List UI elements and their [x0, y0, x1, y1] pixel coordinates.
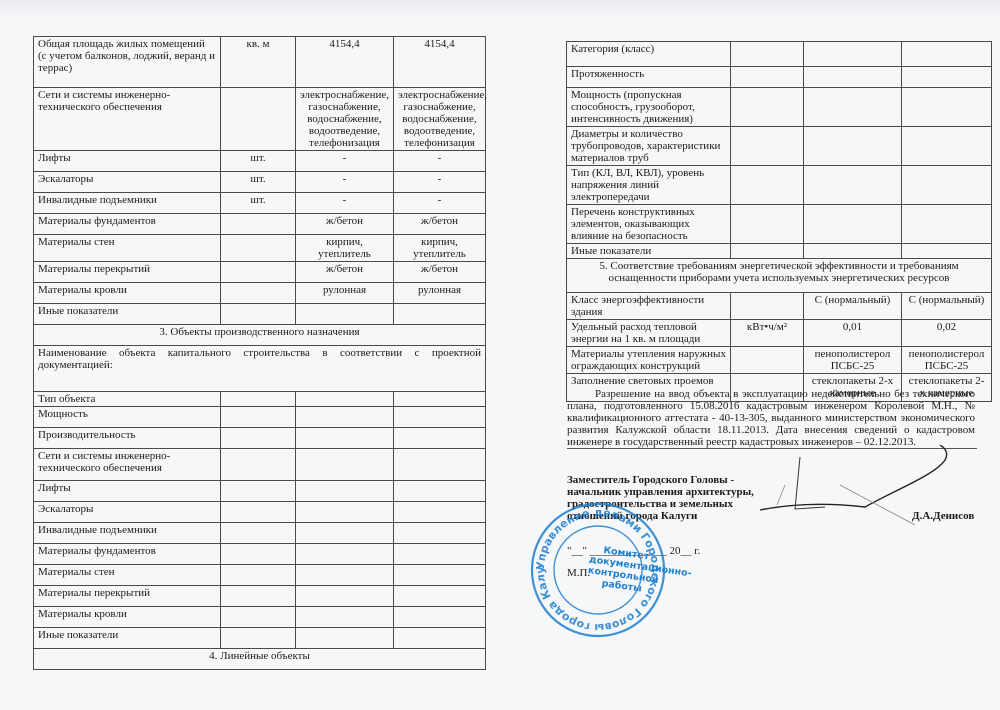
row-plan-value: [296, 607, 394, 628]
row-label: Инвалидные подъемники: [34, 193, 221, 214]
row-unit: шт.: [221, 172, 296, 193]
row-fact-value: -: [394, 151, 486, 172]
row-unit: [221, 481, 296, 502]
row-unit: [731, 127, 804, 166]
row-label: Протяженность: [567, 67, 731, 88]
section-3-title: 3. Объекты производственного назначения: [34, 325, 486, 346]
row-label: Материалы кровли: [34, 607, 221, 628]
table-row: Категория (класс): [567, 42, 992, 67]
row-label: Материалы фундаментов: [34, 214, 221, 235]
row-plan-value: [296, 449, 394, 481]
row-fact-value: [394, 523, 486, 544]
row-label: Лифты: [34, 481, 221, 502]
row-label: Лифты: [34, 151, 221, 172]
row-plan-value: [804, 88, 902, 127]
table-row: Лифты: [34, 481, 486, 502]
row-unit: [221, 283, 296, 304]
row-plan-value: ж/бетон: [296, 262, 394, 283]
row-fact-value: [394, 586, 486, 607]
row-fact-value: С (нормальный): [902, 293, 992, 320]
scan-edge: [0, 0, 1000, 18]
row-fact-value: [902, 166, 992, 205]
row-unit: [221, 428, 296, 449]
section-4-title: 4. Линейные объекты: [34, 649, 486, 670]
row-plan-value: 0,01: [804, 320, 902, 347]
table-row: Материалы перекрытийж/бетонж/бетон: [34, 262, 486, 283]
row-unit: [221, 628, 296, 649]
row-fact-value: -: [394, 193, 486, 214]
row-fact-value: пенополистерол ПСБС-25: [902, 347, 992, 374]
row-unit: [221, 502, 296, 523]
row-label: Инвалидные подъемники: [34, 523, 221, 544]
row-fact-value: рулонная: [394, 283, 486, 304]
row-plan-value: -: [296, 172, 394, 193]
row-label: Категория (класс): [567, 42, 731, 67]
row-plan-value: [804, 127, 902, 166]
row-fact-value: 0,02: [902, 320, 992, 347]
table-row: Мощность: [34, 407, 486, 428]
table-row: Иные показатели: [567, 244, 992, 259]
table-row: Инвалидные подъемникишт.--: [34, 193, 486, 214]
row-fact-value: [394, 392, 486, 407]
row-label: Иные показатели: [34, 628, 221, 649]
row-unit: [731, 67, 804, 88]
row-fact-value: [394, 304, 486, 325]
row-unit: [221, 392, 296, 407]
row-fact-value: [394, 407, 486, 428]
row-unit: [221, 407, 296, 428]
row-label: Материалы стен: [34, 235, 221, 262]
row-plan-value: [804, 205, 902, 244]
row-unit: шт.: [221, 193, 296, 214]
table-row: Материалы перекрытий: [34, 586, 486, 607]
row-plan-value: [296, 544, 394, 565]
row-label: Общая площадь жилых помещений (с учетом …: [34, 37, 221, 88]
row-fact-value: [902, 67, 992, 88]
row-label: Мощность (пропускная способность, грузоо…: [567, 88, 731, 127]
row-unit: шт.: [221, 151, 296, 172]
row-label: Тип объекта: [34, 392, 221, 407]
row-plan-value: [296, 481, 394, 502]
row-label: Класс энергоэффективности здания: [567, 293, 731, 320]
table-row: Эскалаторышт.--: [34, 172, 486, 193]
row-fact-value: [902, 88, 992, 127]
table-row: Материалы утепления наружных ограждающих…: [567, 347, 992, 374]
row-unit: [221, 235, 296, 262]
table-row: Материалы фундаментов: [34, 544, 486, 565]
row-fact-value: [394, 544, 486, 565]
row-unit: [731, 293, 804, 320]
row-unit: [221, 565, 296, 586]
table-row: Тип объекта: [34, 392, 486, 407]
table-row: Материалы стен: [34, 565, 486, 586]
right-indicators-table: Категория (класс)ПротяженностьМощность (…: [566, 41, 992, 402]
row-label: Мощность: [34, 407, 221, 428]
row-fact-value: ж/бетон: [394, 214, 486, 235]
row-plan-value: [296, 502, 394, 523]
row-unit: [731, 88, 804, 127]
row-plan-value: [296, 628, 394, 649]
row-plan-value: [804, 67, 902, 88]
row-plan-value: С (нормальный): [804, 293, 902, 320]
table-row: Общая площадь жилых помещений (с учетом …: [34, 37, 486, 88]
row-label: Эскалаторы: [34, 502, 221, 523]
row-plan-value: [296, 586, 394, 607]
row-plan-value: -: [296, 151, 394, 172]
row-plan-value: [804, 244, 902, 259]
row-fact-value: 4154,4: [394, 37, 486, 88]
table-row: Производительность: [34, 428, 486, 449]
row-fact-value: [902, 244, 992, 259]
row-label: Материалы перекрытий: [34, 586, 221, 607]
row-label: Диаметры и количество трубопроводов, хар…: [567, 127, 731, 166]
table-row: Класс энергоэффективности зданияС (норма…: [567, 293, 992, 320]
row-fact-value: электроснабжение, газоснабжение, водосна…: [394, 88, 486, 151]
table-row: Эскалаторы: [34, 502, 486, 523]
row-fact-value: ж/бетон: [394, 262, 486, 283]
row-fact-value: [394, 607, 486, 628]
row-unit: [731, 42, 804, 67]
row-plan-value: [296, 565, 394, 586]
row-label: Материалы кровли: [34, 283, 221, 304]
row-label: Материалы фундаментов: [34, 544, 221, 565]
row-label: Сети и системы инженерно-технического об…: [34, 88, 221, 151]
handwritten-signature: [755, 445, 955, 535]
row-plan-value: [296, 407, 394, 428]
row-unit: [731, 244, 804, 259]
table-row: Материалы фундаментовж/бетонж/бетон: [34, 214, 486, 235]
row-fact-value: [394, 449, 486, 481]
row-plan-value: [804, 166, 902, 205]
row-plan-value: [296, 523, 394, 544]
row-fact-value: кирпич, утеплитель: [394, 235, 486, 262]
table-row: Перечень конструктивных элементов, оказы…: [567, 205, 992, 244]
row-plan-value: [296, 304, 394, 325]
row-plan-value: 4154,4: [296, 37, 394, 88]
row-unit: [221, 607, 296, 628]
row-fact-value: [902, 205, 992, 244]
row-unit: [221, 214, 296, 235]
table-row: Иные показатели: [34, 304, 486, 325]
row-label: Иные показатели: [567, 244, 731, 259]
row-label: Перечень конструктивных элементов, оказы…: [567, 205, 731, 244]
row-label: Материалы стен: [34, 565, 221, 586]
permit-note: Разрешение на ввод объекта в эксплуатаци…: [567, 388, 975, 448]
row-unit: [221, 523, 296, 544]
row-fact-value: [394, 502, 486, 523]
table-row: Инвалидные подъемники: [34, 523, 486, 544]
row-label: Материалы перекрытий: [34, 262, 221, 283]
row-unit: [221, 304, 296, 325]
table-row: Мощность (пропускная способность, грузоо…: [567, 88, 992, 127]
section-5-title: 5. Соответствие требованиям энергетическ…: [567, 259, 992, 293]
row-fact-value: [902, 42, 992, 67]
row-fact-value: -: [394, 172, 486, 193]
row-label: Тип (КЛ, ВЛ, КВЛ), уровень напряжения ли…: [567, 166, 731, 205]
row-plan-value: -: [296, 193, 394, 214]
row-fact-value: [902, 127, 992, 166]
table-row: Тип (КЛ, ВЛ, КВЛ), уровень напряжения ли…: [567, 166, 992, 205]
table-row: Удельный расход тепловой энергии на 1 кв…: [567, 320, 992, 347]
table-row: Сети и системы инженерно-технического об…: [34, 88, 486, 151]
table-row: Материалы стенкирпич, утеплителькирпич, …: [34, 235, 486, 262]
row-label: Эскалаторы: [34, 172, 221, 193]
row-fact-value: [394, 628, 486, 649]
row-plan-value: электроснабжение, газоснабжение, водосна…: [296, 88, 394, 151]
row-unit: кВт•ч/м²: [731, 320, 804, 347]
row-unit: [731, 205, 804, 244]
section-3-naming: Наименование объекта капитального строит…: [34, 346, 486, 392]
row-unit: [221, 544, 296, 565]
table-row: Диаметры и количество трубопроводов, хар…: [567, 127, 992, 166]
left-indicators-table: Общая площадь жилых помещений (с учетом …: [33, 36, 486, 670]
row-unit: [731, 166, 804, 205]
row-plan-value: пенополистерол ПСБС-25: [804, 347, 902, 374]
row-unit: кв. м: [221, 37, 296, 88]
table-row: Материалы кровли: [34, 607, 486, 628]
row-plan-value: ж/бетон: [296, 214, 394, 235]
table-row: Материалы кровлирулоннаярулонная: [34, 283, 486, 304]
table-row: Лифтышт.--: [34, 151, 486, 172]
row-plan-value: [296, 392, 394, 407]
row-unit: [221, 586, 296, 607]
row-fact-value: [394, 481, 486, 502]
row-unit: [731, 347, 804, 374]
table-row: Иные показатели: [34, 628, 486, 649]
row-label: Удельный расход тепловой энергии на 1 кв…: [567, 320, 731, 347]
row-plan-value: [804, 42, 902, 67]
row-label: Производительность: [34, 428, 221, 449]
table-row: Сети и системы инженерно-технического об…: [34, 449, 486, 481]
row-fact-value: [394, 428, 486, 449]
row-label: Материалы утепления наружных ограждающих…: [567, 347, 731, 374]
row-label: Иные показатели: [34, 304, 221, 325]
row-plan-value: рулонная: [296, 283, 394, 304]
table-row: Протяженность: [567, 67, 992, 88]
row-fact-value: [394, 565, 486, 586]
row-unit: [221, 449, 296, 481]
row-plan-value: кирпич, утеплитель: [296, 235, 394, 262]
row-label: Сети и системы инженерно-технического об…: [34, 449, 221, 481]
row-unit: [221, 88, 296, 151]
row-unit: [221, 262, 296, 283]
row-plan-value: [296, 428, 394, 449]
